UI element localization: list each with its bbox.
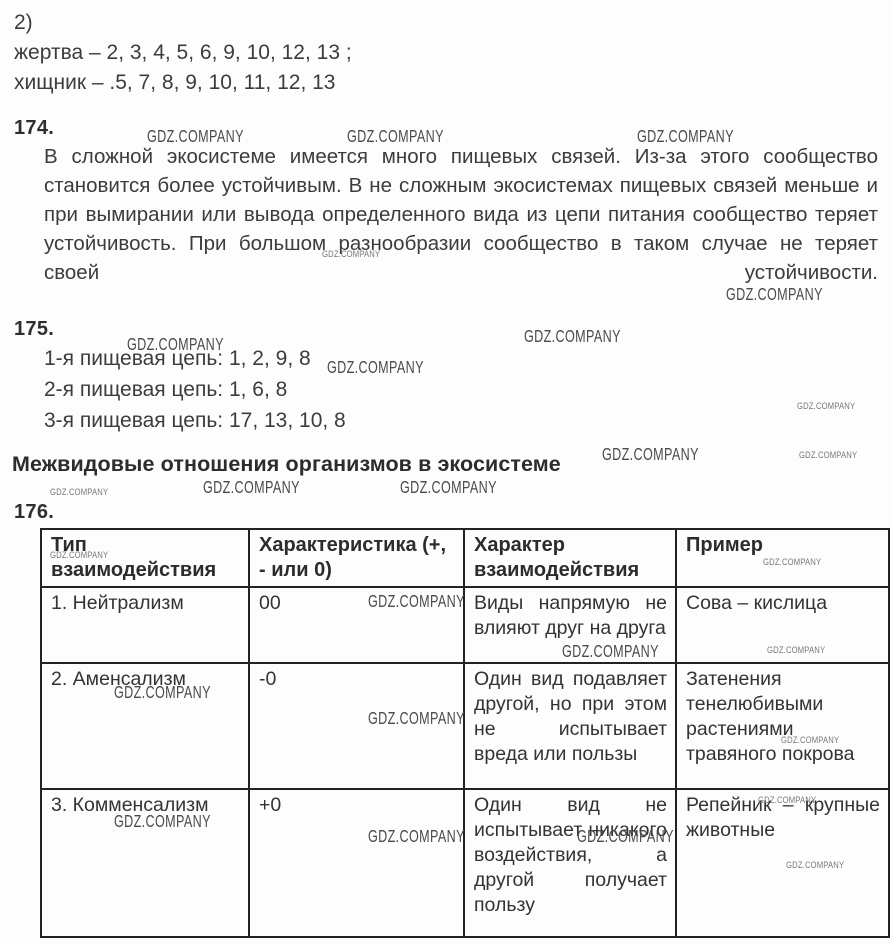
table-row-neutralism: 1. Нейтрализм 00 Виды напрямую не влияют… — [41, 587, 889, 663]
table-row-amensalism: 2. Аменсализм -0 Один вид подавляет друг… — [41, 663, 889, 789]
watermark: GDZ.COMPANY — [524, 326, 621, 347]
table-cell-characteristic: +0 — [249, 789, 464, 937]
section-176-number: 176. — [14, 501, 54, 524]
intro-label: 2) — [14, 8, 352, 38]
watermark: GDZ.COMPANY — [50, 487, 108, 497]
watermark: GDZ.COMPANY — [726, 284, 823, 305]
food-chains-block: 1-я пищевая цепь: 1, 2, 9, 8 2-я пищевая… — [44, 343, 346, 436]
document-page: 2) жертва – 2, 3, 4, 5, 6, 9, 10, 12, 13… — [0, 0, 894, 944]
food-chain-line-1: 1-я пищевая цепь: 1, 2, 9, 8 — [44, 343, 346, 374]
prey-line: жертва – 2, 3, 4, 5, 6, 9, 10, 12, 13 ; — [14, 38, 352, 68]
table-cell-characteristic: -0 — [249, 663, 464, 789]
watermark: GDZ.COMPANY — [400, 477, 497, 498]
table-cell-example: Затенения тенелюбивыми растениями травян… — [676, 663, 889, 789]
table-cell-character: Один вид подавляет другой, но при этом н… — [464, 663, 676, 789]
table-header-character: Характер взаимодействия — [464, 529, 676, 587]
watermark: GDZ.COMPANY — [797, 401, 855, 411]
section-174-number: 174. — [14, 117, 54, 140]
table-header-example: Пример — [676, 529, 889, 587]
section-175-number: 175. — [14, 318, 54, 341]
table-cell-type: 1. Нейтрализм — [41, 587, 249, 663]
table-cell-character: Один вид не испытывает никакого воздейст… — [464, 789, 676, 937]
section-174-paragraph: В сложной экосистеме имеется много пищев… — [44, 142, 878, 287]
watermark: GDZ.COMPANY — [203, 477, 300, 498]
watermark: GDZ.COMPANY — [799, 450, 857, 460]
subheading-interspecies-relations: Межвидовые отношения организмов в экосис… — [12, 452, 561, 477]
table-cell-character: Виды напрямую не влияют друг на друга — [464, 587, 676, 663]
watermark: GDZ.COMPANY — [602, 444, 699, 465]
table-header-type: Тип взаимодействия — [41, 529, 249, 587]
interaction-table: Тип взаимодействия Характеристика (+, - … — [40, 528, 890, 938]
food-chain-line-2: 2-я пищевая цепь: 1, 6, 8 — [44, 374, 346, 405]
table-cell-example: Репейник – крупные животные — [676, 789, 889, 937]
table-cell-type: 3. Комменсализм — [41, 789, 249, 937]
interaction-table-wrapper: Тип взаимодействия Характеристика (+, - … — [40, 528, 890, 938]
table-row-commensalism: 3. Комменсализм +0 Один вид не испытывае… — [41, 789, 889, 937]
table-header-row: Тип взаимодействия Характеристика (+, - … — [41, 529, 889, 587]
food-chain-line-3: 3-я пищевая цепь: 17, 13, 10, 8 — [44, 405, 346, 436]
table-cell-type: 2. Аменсализм — [41, 663, 249, 789]
predator-line: хищник – .5, 7, 8, 9, 10, 11, 12, 13 — [14, 68, 352, 98]
intro-answer-block: 2) жертва – 2, 3, 4, 5, 6, 9, 10, 12, 13… — [14, 8, 352, 98]
table-header-characteristic: Характеристика (+, - или 0) — [249, 529, 464, 587]
table-cell-example: Сова – кислица — [676, 587, 889, 663]
table-cell-characteristic: 00 — [249, 587, 464, 663]
